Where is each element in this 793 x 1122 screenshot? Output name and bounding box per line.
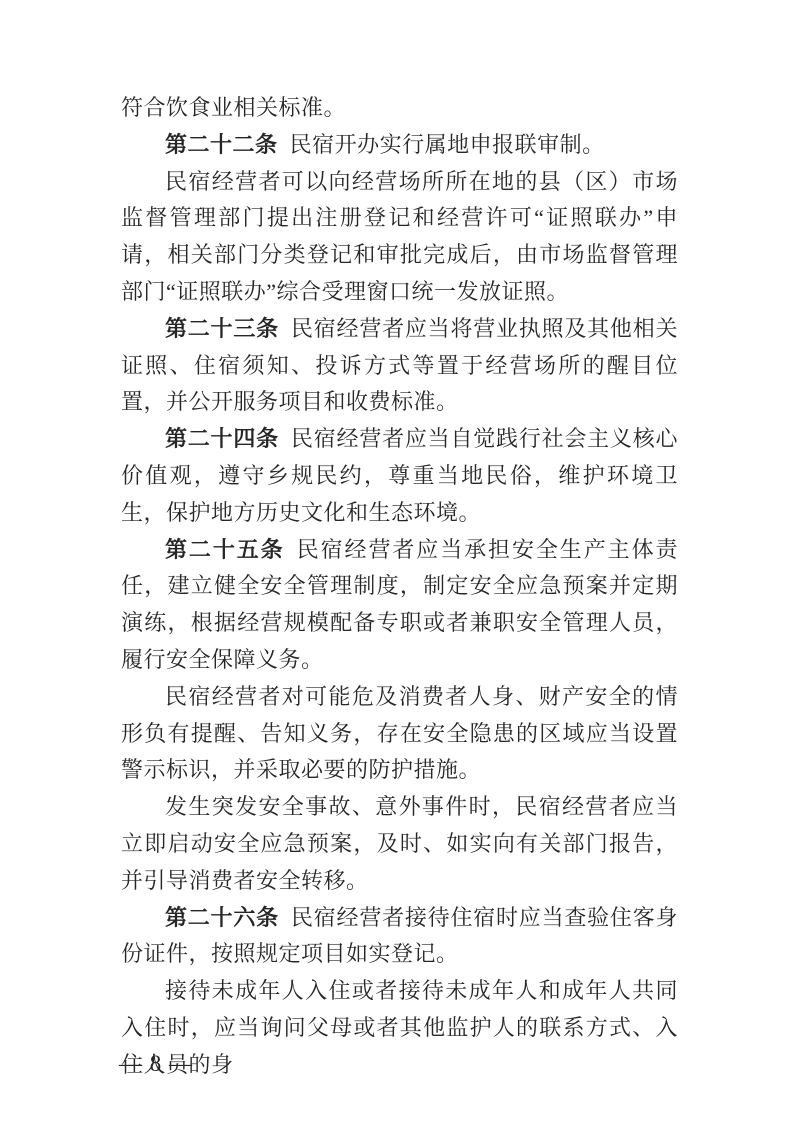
paragraph-article-23: 第二十三条民宿经营者应当将营业执照及其他相关证照、住宿须知、投诉方式等置于经营场… — [121, 311, 678, 421]
paragraph-text: 接待未成年人入住或者接待未成年人和成年人共同入住时，应当询问父母或者其他监护人的… — [121, 978, 678, 1077]
article-22-text: 民宿开办实行属地申报联审制。 — [290, 132, 605, 157]
paragraph-article-26: 第二十六条民宿经营者接待住宿时应当查验住客身份证件，按照规定项目如实登记。 — [121, 900, 678, 974]
paragraph-article-24: 第二十四条民宿经营者应当自觉践行社会主义核心价值观，遵守乡规民约，尊重当地民俗，… — [121, 421, 678, 531]
paragraph-text: 符合饮食业相关标准。 — [121, 95, 346, 120]
paragraph-text: 民宿经营者对可能危及消费者人身、财产安全的情形负有提醒、告知义务，存在安全隐患的… — [121, 684, 678, 783]
paragraph-continuation-top: 符合饮食业相关标准。 — [121, 90, 678, 127]
paragraph-article-26-body-2: 接待未成年人入住或者接待未成年人和成年人共同入住时，应当询问父母或者其他监护人的… — [121, 973, 678, 1083]
document-body: 符合饮食业相关标准。 第二十二条民宿开办实行属地申报联审制。 民宿经营者可以向经… — [121, 90, 678, 1084]
article-23-number: 第二十三条 — [165, 316, 279, 341]
document-page: 符合饮食业相关标准。 第二十二条民宿开办实行属地申报联审制。 民宿经营者可以向经… — [0, 0, 793, 1122]
paragraph-article-25-body-2: 民宿经营者对可能危及消费者人身、财产安全的情形负有提醒、告知义务，存在安全隐患的… — [121, 679, 678, 789]
page-number: — 8 — — [119, 1051, 193, 1076]
paragraph-text: 民宿经营者可以向经营场所所在地的县（区）市场监督管理部门提出注册登记和经营许可“… — [121, 169, 678, 304]
article-26-number: 第二十六条 — [165, 905, 279, 930]
paragraph-article-25-body-3: 发生突发安全事故、意外事件时，民宿经营者应当立即启动安全应急预案，及时、如实向有… — [121, 789, 678, 899]
article-25-number: 第二十五条 — [165, 537, 285, 562]
paragraph-article-22: 第二十二条民宿开办实行属地申报联审制。 — [121, 127, 678, 164]
paragraph-article-25: 第二十五条民宿经营者应当承担安全生产主体责任，建立健全安全管理制度，制定安全应急… — [121, 532, 678, 679]
article-22-number: 第二十二条 — [165, 132, 278, 157]
paragraph-article-22-body: 民宿经营者可以向经营场所所在地的县（区）市场监督管理部门提出注册登记和经营许可“… — [121, 164, 678, 311]
article-24-number: 第二十四条 — [165, 426, 279, 451]
page-footer: — 8 — — [119, 1050, 193, 1078]
paragraph-text: 发生突发安全事故、意外事件时，民宿经营者应当立即启动安全应急预案，及时、如实向有… — [121, 794, 678, 893]
